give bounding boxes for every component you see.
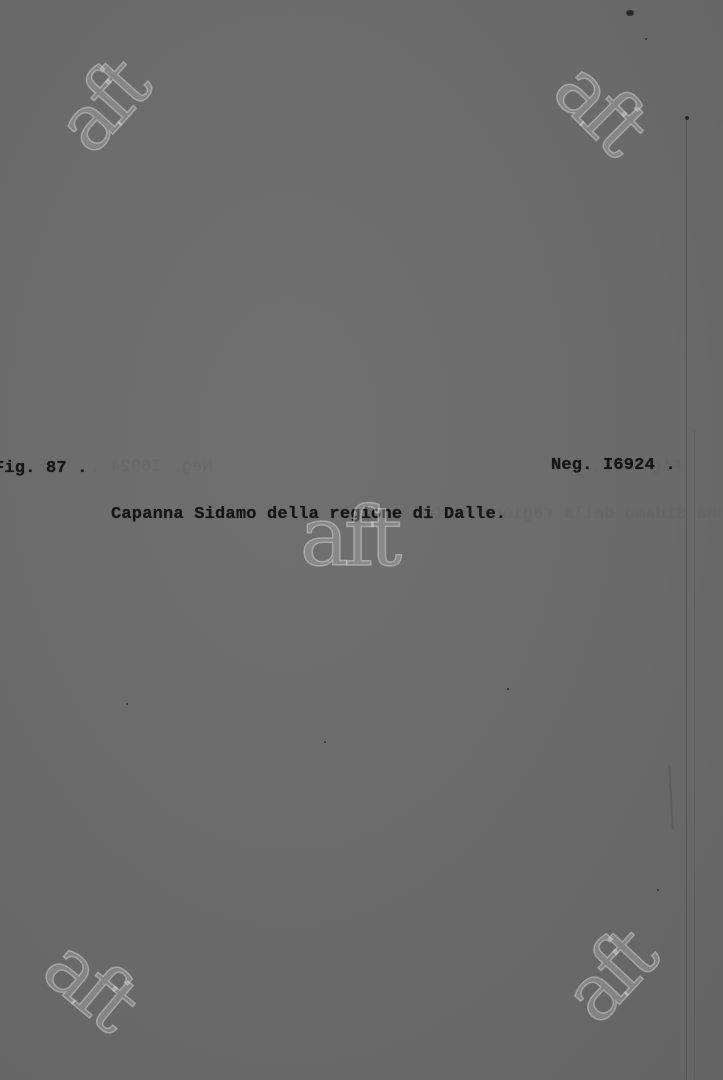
watermark-top-left: aft [44, 48, 161, 166]
watermark-top-right: aft [540, 48, 658, 166]
page-edge-line [686, 118, 687, 1080]
bleed-through-text: Neg. I6924 . [90, 458, 212, 477]
negative-number: Neg. I6924 . [551, 456, 676, 475]
page-edge-line-faint [694, 430, 695, 1080]
watermark-bottom-right: aft [551, 918, 669, 1036]
dust-speck [626, 10, 634, 16]
watermark-bottom-left: aft [30, 926, 148, 1043]
dust-speck [126, 703, 128, 705]
dust-speck [324, 741, 326, 743]
scratch-mark [668, 765, 673, 830]
figure-label: Fig. 87 . [0, 459, 88, 478]
dust-speck [645, 38, 647, 40]
dust-speck [657, 889, 659, 891]
scanned-page: Neg. I6924 . Fig. 87 . Capanna Sidamo de… [0, 0, 723, 1080]
dust-speck [685, 116, 689, 120]
watermark-center: aft [300, 497, 397, 579]
dust-speck [507, 688, 509, 690]
